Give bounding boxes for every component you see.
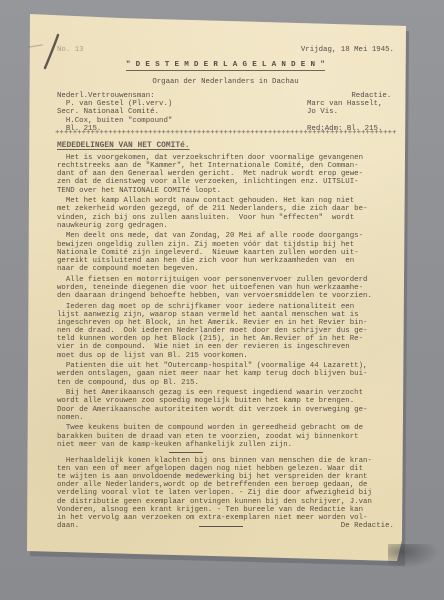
date: Vrijdag, 18 Mei 1945. [301,46,394,54]
paragraph-3: Men deelt ons mede, dat van Zondag, 20 M… [57,232,398,273]
newspaper-title: " D E S T E M D E R L A G E L A N D E N … [57,61,394,69]
section-divider [169,452,203,453]
paragraph-5: Iederen dag moet op de schrijfkamer voor… [57,303,398,360]
paragraph-8: Twee keukens buiten de compound worden i… [57,424,398,448]
issue-number: No. 13 [57,46,84,54]
section-heading: MEDEDELINGEN VAN HET COMITé. [57,141,190,150]
masthead: Nederl.Vertrouwensman: P. van Gestel (Pl… [57,92,394,133]
paragraph-2: Met het kamp Allach wordt nauw contact g… [57,197,398,230]
closing-row: De Redactie. [57,522,398,531]
paragraph-7: Bij het Amerikaansch gezag is een reques… [57,389,398,422]
page-curl-shadow [388,544,438,568]
paragraph-9: Herhaaldelijk komen klachten bij ons bin… [57,457,398,530]
dateline: No. 13 Vrijdag, 18 Mei 1945. [57,46,394,54]
asterisk-separator: ++++++++++++++++++++++++++++++++++++++++… [55,129,396,137]
paragraph-4: Alle fietsen en motorrijtuigen voor pers… [57,276,398,300]
masthead-right: Redactie. Marc van Hasselt, Jo Vis. Red;… [307,92,391,133]
paragraph-6: Patienten die uit het "Outercamp-hospita… [57,362,398,386]
newspaper-subtitle: Orgaan der Nederlanders in Dachau [57,78,394,86]
closing-divider [199,526,243,527]
article-body: Het is voorgekomen, dat verzoekschriften… [57,154,398,531]
scanned-page-background: No. 13 Vrijdag, 18 Mei 1945. " D E S T E… [0,0,444,600]
paragraph-1: Het is voorgekomen, dat verzoekschriften… [57,154,398,195]
closing-signature: De Redactie. [341,522,394,530]
